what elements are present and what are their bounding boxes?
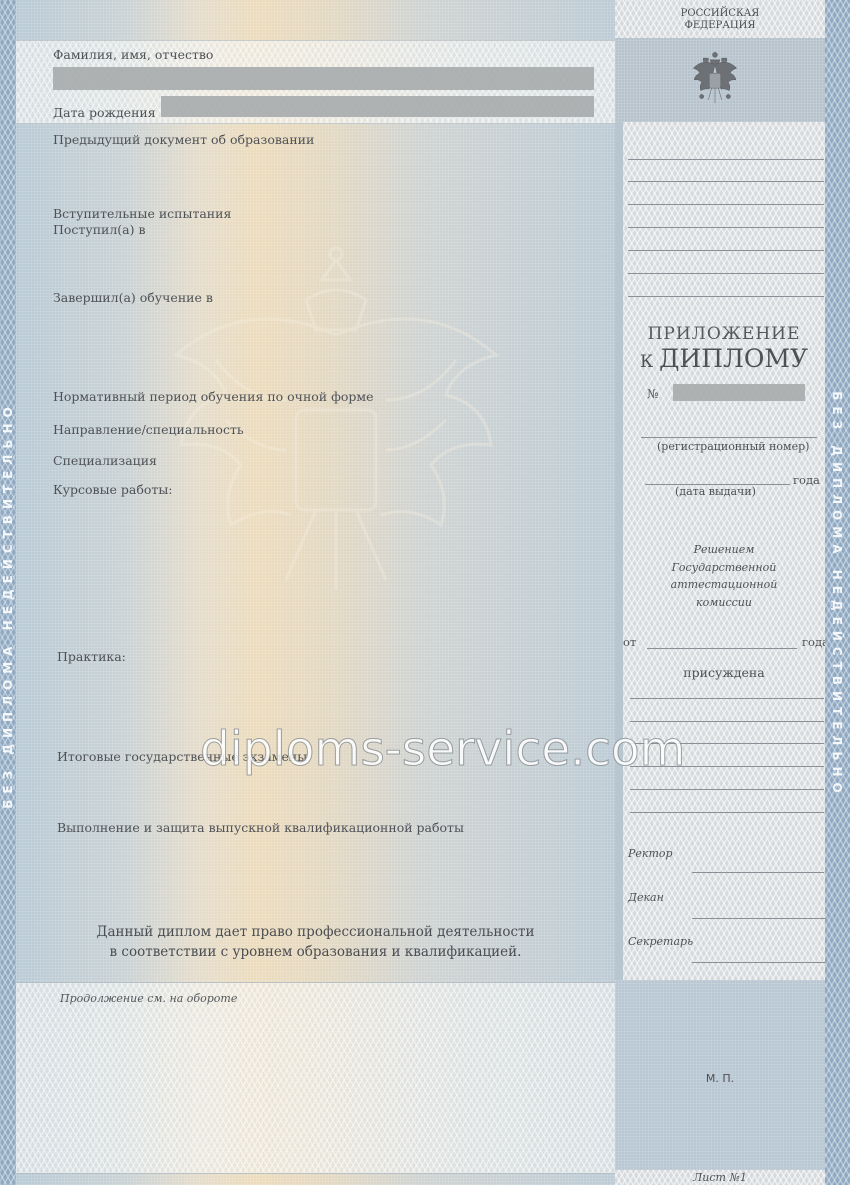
previous-education-label: Предыдущий документ об образовании <box>53 132 314 147</box>
signature-line-dean[interactable] <box>692 918 826 919</box>
right-column: РОССИЙСКАЯ ФЕДЕРАЦИЯ <box>615 0 825 1185</box>
signature-line-secretary[interactable] <box>692 962 826 963</box>
signature-role-secretary: Секретарь <box>628 935 693 948</box>
security-strip-text: БЕЗ ДИПЛОМА НЕДЕЙСТВИТЕЛЬНО <box>1 401 15 808</box>
commission-decision: Решением Государственной аттестационной … <box>623 541 825 611</box>
seal-label: М. П. <box>615 1072 825 1085</box>
blank-line <box>628 227 824 228</box>
security-strip-right: БЕЗ ДИПЛОМА НЕДЕЙСТВИТЕЛЬНО <box>825 0 850 1185</box>
blank-line <box>628 159 824 160</box>
blank-line <box>628 273 824 274</box>
signature-role-dean: Декан <box>628 891 664 904</box>
from-label: от <box>623 635 636 649</box>
awarded-label: присуждена <box>623 665 825 680</box>
qualification-line[interactable] <box>630 789 824 790</box>
coursework-label: Курсовые работы: <box>53 482 173 497</box>
site-watermark: diploms-service.com <box>200 722 685 777</box>
blank-line <box>628 204 824 205</box>
blank-line <box>628 250 824 251</box>
country-header: РОССИЙСКАЯ ФЕДЕРАЦИЯ <box>615 0 825 38</box>
study-period-label: Нормативный период обучения по очной фор… <box>53 389 374 404</box>
birth-date-field[interactable] <box>161 96 594 117</box>
issue-year-suffix: года <box>793 473 820 487</box>
enrolled-label: Поступил(а) в <box>53 222 146 237</box>
qualification-line[interactable] <box>630 698 824 699</box>
signature-role-rector: Ректор <box>628 847 673 860</box>
title-appendix: ПРИЛОЖЕНИЕ <box>623 324 825 344</box>
country-line-2: ФЕДЕРАЦИЯ <box>615 20 825 32</box>
main-panel: Фамилия, имя, отчество Дата рождения Пре… <box>16 0 615 1185</box>
reg-number-caption: (регистрационный номер) <box>657 440 809 453</box>
number-label: № <box>647 387 658 401</box>
decision-date-line[interactable] <box>647 648 797 649</box>
specialty-label: Направление/специальность <box>53 422 244 437</box>
appendix-form: ПРИЛОЖЕНИЕ КДИПЛОМУ № (регистрационный н… <box>623 122 825 980</box>
blank-line <box>628 181 824 182</box>
country-line-1: РОССИЙСКАЯ <box>615 8 825 20</box>
emblem-band <box>615 38 825 122</box>
blank-line <box>628 296 824 297</box>
issue-date-caption: (дата выдачи) <box>675 485 756 498</box>
coat-of-arms-icon <box>690 48 740 110</box>
title-to-diploma: КДИПЛОМУ <box>623 344 825 373</box>
specialization-label: Специализация <box>53 453 157 468</box>
security-strip-text: БЕЗ ДИПЛОМА НЕДЕЙСТВИТЕЛЬНО <box>830 391 844 798</box>
entrance-exams-label: Вступительные испытания <box>53 206 231 221</box>
full-name-label: Фамилия, имя, отчество <box>53 47 213 62</box>
seal-area: М. П. <box>615 980 825 1170</box>
signature-line-rector[interactable] <box>692 872 824 873</box>
practice-label: Практика: <box>57 649 126 664</box>
continuation-note: Продолжение см. на обороте <box>60 992 237 1005</box>
birth-date-label: Дата рождения <box>53 105 156 120</box>
qualification-line[interactable] <box>630 812 824 813</box>
rights-statement: Данный диплом дает право профессионально… <box>16 922 615 962</box>
continuation-band <box>16 982 615 1174</box>
completed-label: Завершил(а) обучение в <box>53 290 213 305</box>
sheet-label: Лист №1 <box>615 1171 825 1184</box>
reg-number-line[interactable] <box>641 437 817 438</box>
thesis-defense-label: Выполнение и защита выпускной квалификац… <box>57 820 464 835</box>
security-strip-left: БЕЗ ДИПЛОМА НЕДЕЙСТВИТЕЛЬНО <box>0 0 16 1185</box>
diploma-number-field[interactable] <box>673 384 805 401</box>
full-name-field[interactable] <box>53 67 594 90</box>
